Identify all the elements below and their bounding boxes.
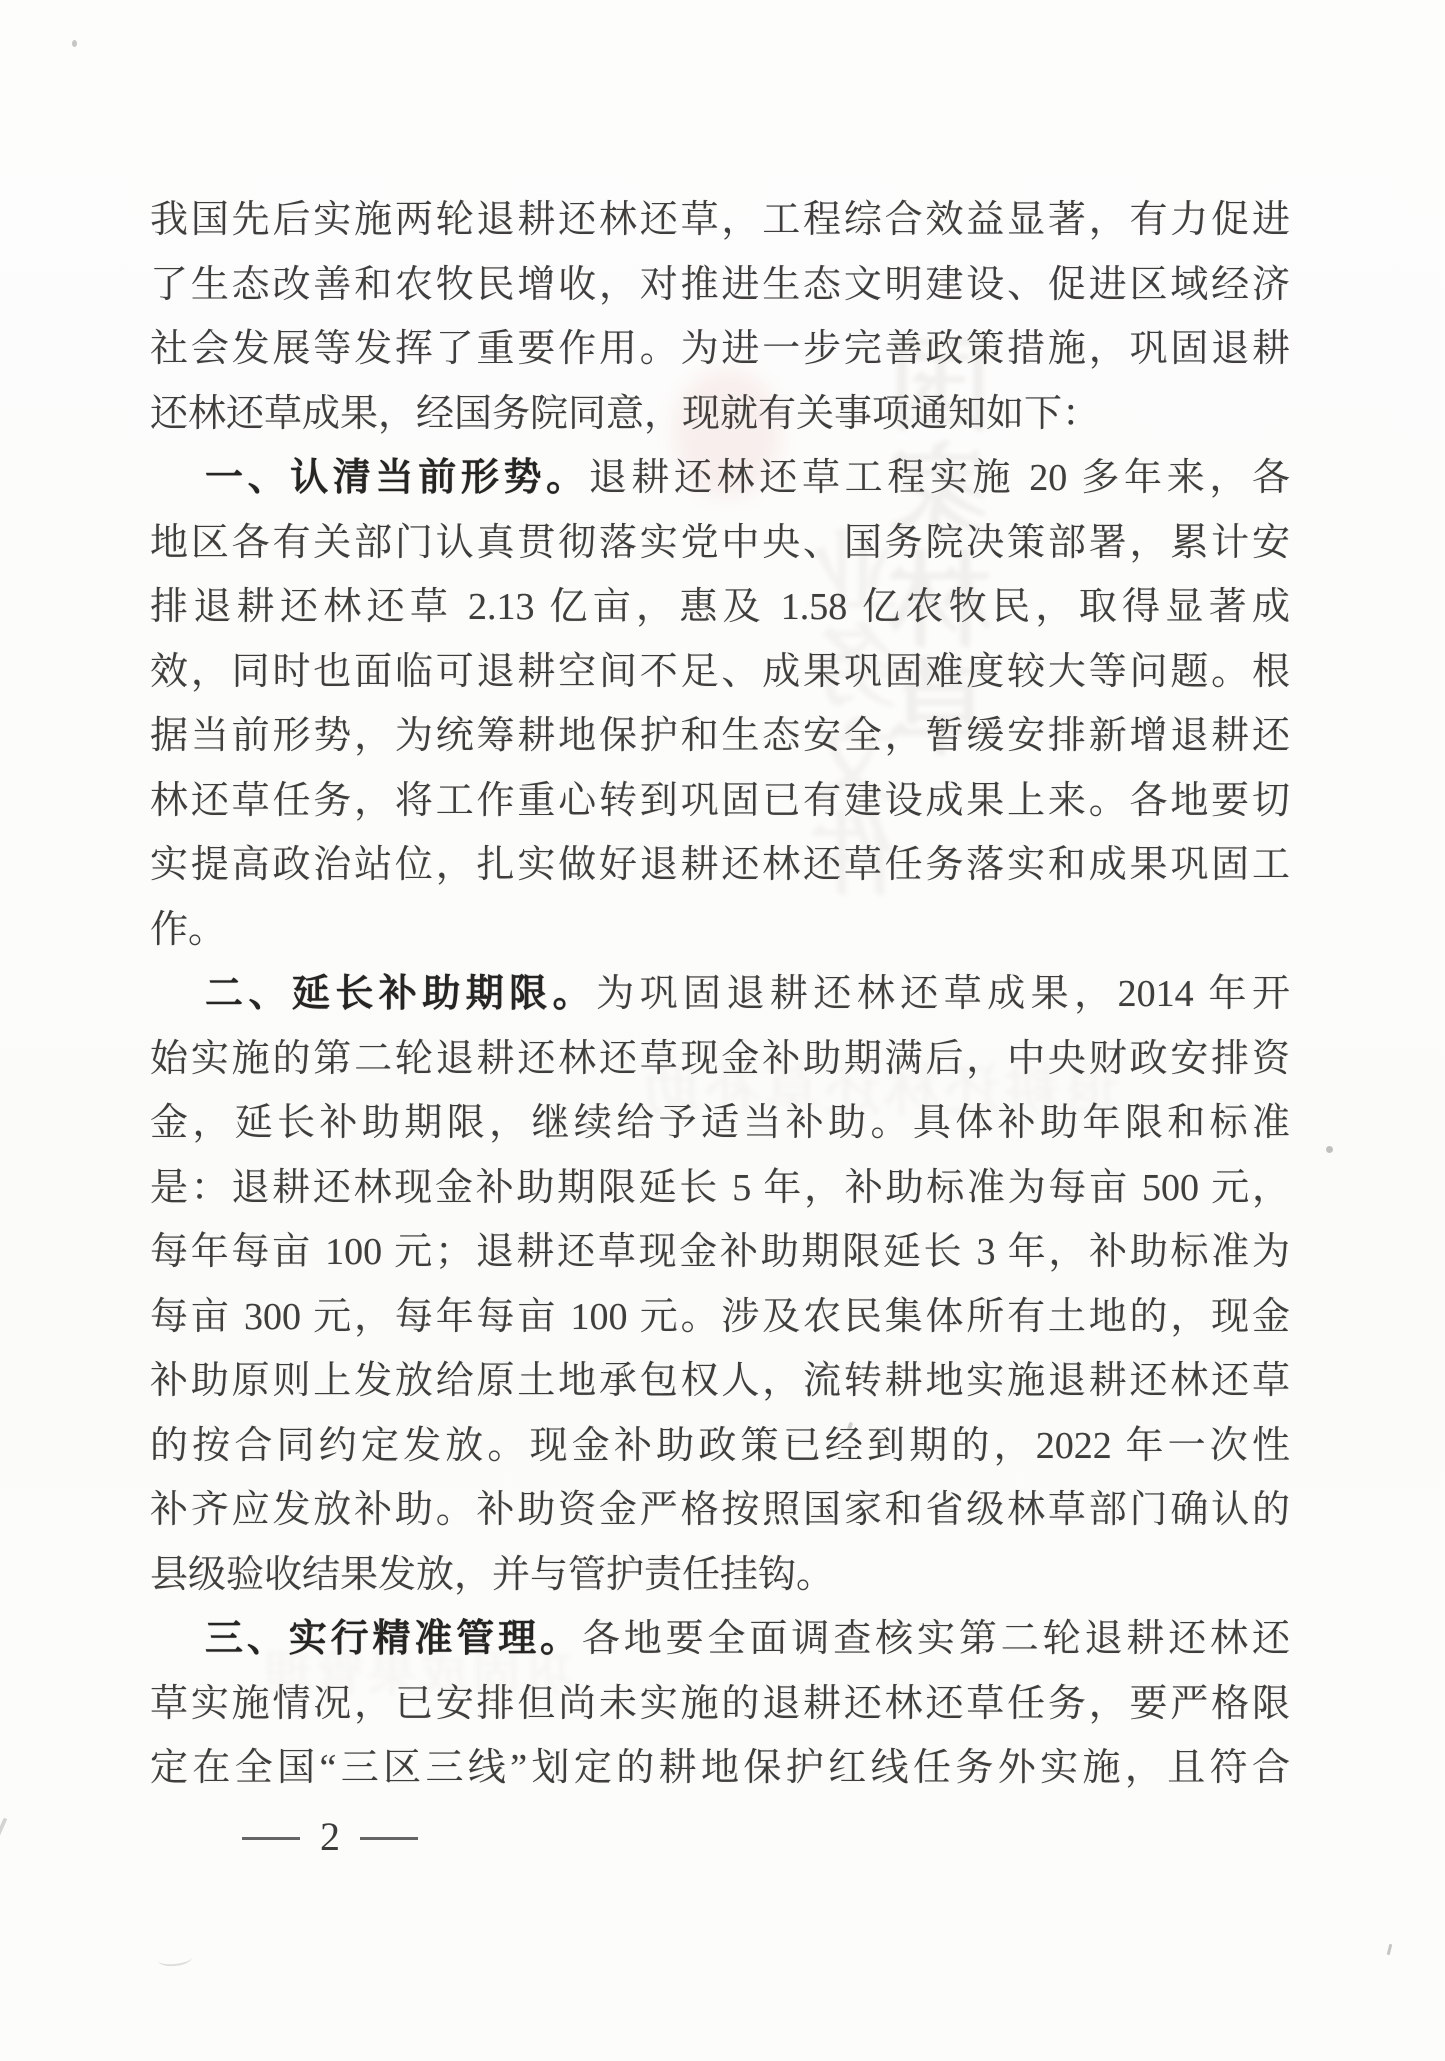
text-line: 的按合同约定发放。现金补助政策已经到期的，2022 年一次性 — [150, 1414, 1290, 1479]
section-heading: 三、实行精准管理。 — [205, 1618, 582, 1660]
page-footer: 2 — [222, 1808, 438, 1868]
text-column: 我国先后实施两轮退耕还林还草，工程综合效益显著，有力促进了生态改善和农牧民增收，… — [150, 188, 1290, 1801]
text-line: 二、延长补助期限。为巩固退耕还林还草成果，2014 年开 — [150, 962, 1290, 1027]
text-line: 金，延长补助期限，继续给予适当补助。具体补助年限和标准 — [150, 1091, 1290, 1156]
text-line: 补齐应发放补助。补助资金严格按照国家和省级林草部门确认的 — [150, 1478, 1290, 1543]
footer-dash-right — [360, 1837, 418, 1840]
text-line: 县级验收结果发放，并与管护责任挂钩。 — [150, 1543, 1290, 1608]
text-line: 排退耕还林还草 2.13 亿亩，惠及 1.58 亿农牧民，取得显著成 — [150, 575, 1290, 640]
text-line: 林还草任务，将工作重心转到巩固已有建设成果上来。各地要切 — [150, 769, 1290, 834]
text-line: 我国先后实施两轮退耕还林还草，工程综合效益显著，有力促进 — [150, 188, 1290, 253]
scan-speck — [1326, 1146, 1333, 1153]
text-line: 三、实行精准管理。各地要全面调查核实第二轮退耕还林还 — [150, 1607, 1290, 1672]
text-line: 草实施情况，已安排但尚未实施的退耕还林还草任务，要严格限 — [150, 1672, 1290, 1737]
text-line: 据当前形势，为统筹耕地保护和生态安全，暂缓安排新增退耕还 — [150, 704, 1290, 769]
text-line: 地区各有关部门认真贯彻落实党中央、国务院决策部署，累计安 — [150, 511, 1290, 576]
text-line: 每年每亩 100 元；退耕还草现金补助期限延长 3 年，补助标准为 — [150, 1220, 1290, 1285]
text-line: 实提高政治站位，扎实做好退耕还林还草任务落实和成果巩固工 — [150, 833, 1290, 898]
section-heading: 二、延长补助期限。 — [205, 973, 596, 1015]
scan-curve-artifact — [157, 1950, 192, 1967]
text-line: 始实施的第二轮退耕还林还草现金补助期满后，中央财政安排资 — [150, 1027, 1290, 1092]
page-number: 2 — [320, 1813, 340, 1860]
text-line: 了生态改善和农牧民增收，对推进生态文明建设、促进区域经济 — [150, 253, 1290, 318]
text-line: 效，同时也面临可退耕空间不足、成果巩固难度较大等问题。根 — [150, 640, 1290, 705]
text-line: 是：退耕还林现金补助期限延长 5 年，补助标准为每亩 500 元， — [150, 1156, 1290, 1221]
text-line: 一、认清当前形势。退耕还林还草工程实施 20 多年来，各 — [150, 446, 1290, 511]
text-line: 社会发展等发挥了重要作用。为进一步完善政策措施，巩固退耕 — [150, 317, 1290, 382]
text-line: 还林还草成果，经国务院同意，现就有关事项通知如下： — [150, 382, 1290, 447]
scan-speck — [1387, 1944, 1393, 1955]
section-heading: 一、认清当前形势。 — [205, 457, 589, 499]
footer-dash-left — [242, 1837, 300, 1840]
text-line: 补助原则上发放给原土地承包权人，流转耕地实施退耕还林还草 — [150, 1349, 1290, 1414]
text-line: 每亩 300 元，每年每亩 100 元。涉及农民集体所有土地的，现金 — [150, 1285, 1290, 1350]
scanned-document-page: 国家林草业务文件退耕还林还草补助巩固成果管理 我国先后实施两轮退耕还林还草，工程… — [0, 0, 1445, 2061]
scan-edge-artifact — [0, 1817, 22, 1856]
text-line: 定在全国“三区三线”划定的耕地保护红线任务外实施，且符合 — [150, 1736, 1290, 1801]
text-line: 作。 — [150, 898, 1290, 963]
scan-speck — [72, 40, 77, 47]
